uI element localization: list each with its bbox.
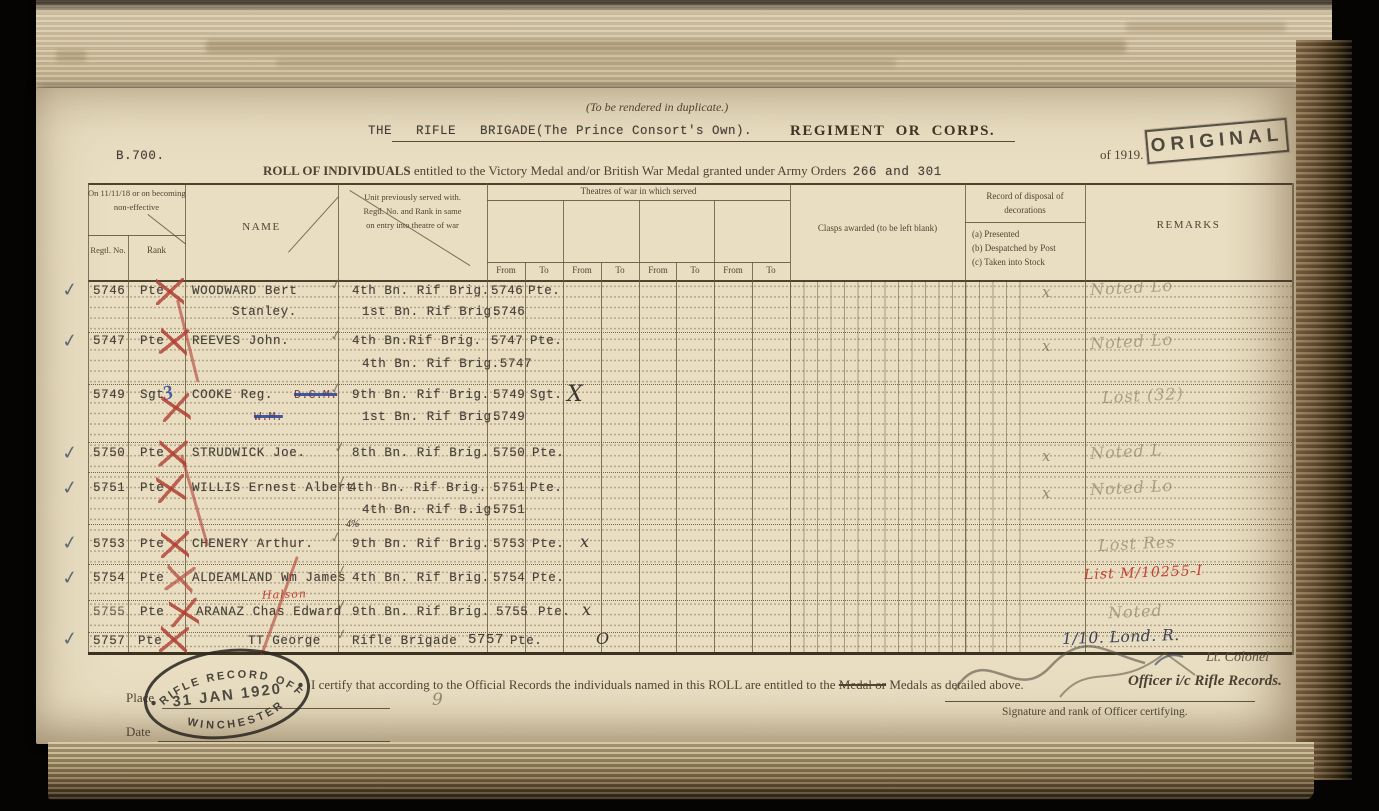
scanned-book-page: (To be rendered in duplicate.) THE RIFLE… xyxy=(0,0,1379,811)
certification-text: I certify that according to the Official… xyxy=(311,677,839,692)
officer-rank-label: Lt. Colonel xyxy=(1206,650,1269,666)
officer-title-label: Officer i/c Rifle Records. xyxy=(1128,673,1282,690)
cell-unit: Rifle Brigade xyxy=(352,634,457,648)
cell-unit-regtl-no: 5757 xyxy=(468,632,504,648)
audit-checkmark: ✓ xyxy=(61,627,80,651)
pencil-note: 9 xyxy=(432,690,443,710)
certification-struck-text: Medal or xyxy=(839,677,886,692)
signature-caption: Signature and rank of Officer certifying… xyxy=(1002,706,1188,718)
signature-line xyxy=(945,701,1255,702)
theatre-mark: O xyxy=(596,629,609,648)
cell-regtl-no: 5757 xyxy=(93,634,125,648)
tick-mark: ✓ xyxy=(334,626,349,644)
cell-unit-rank: Pte. xyxy=(510,634,542,648)
